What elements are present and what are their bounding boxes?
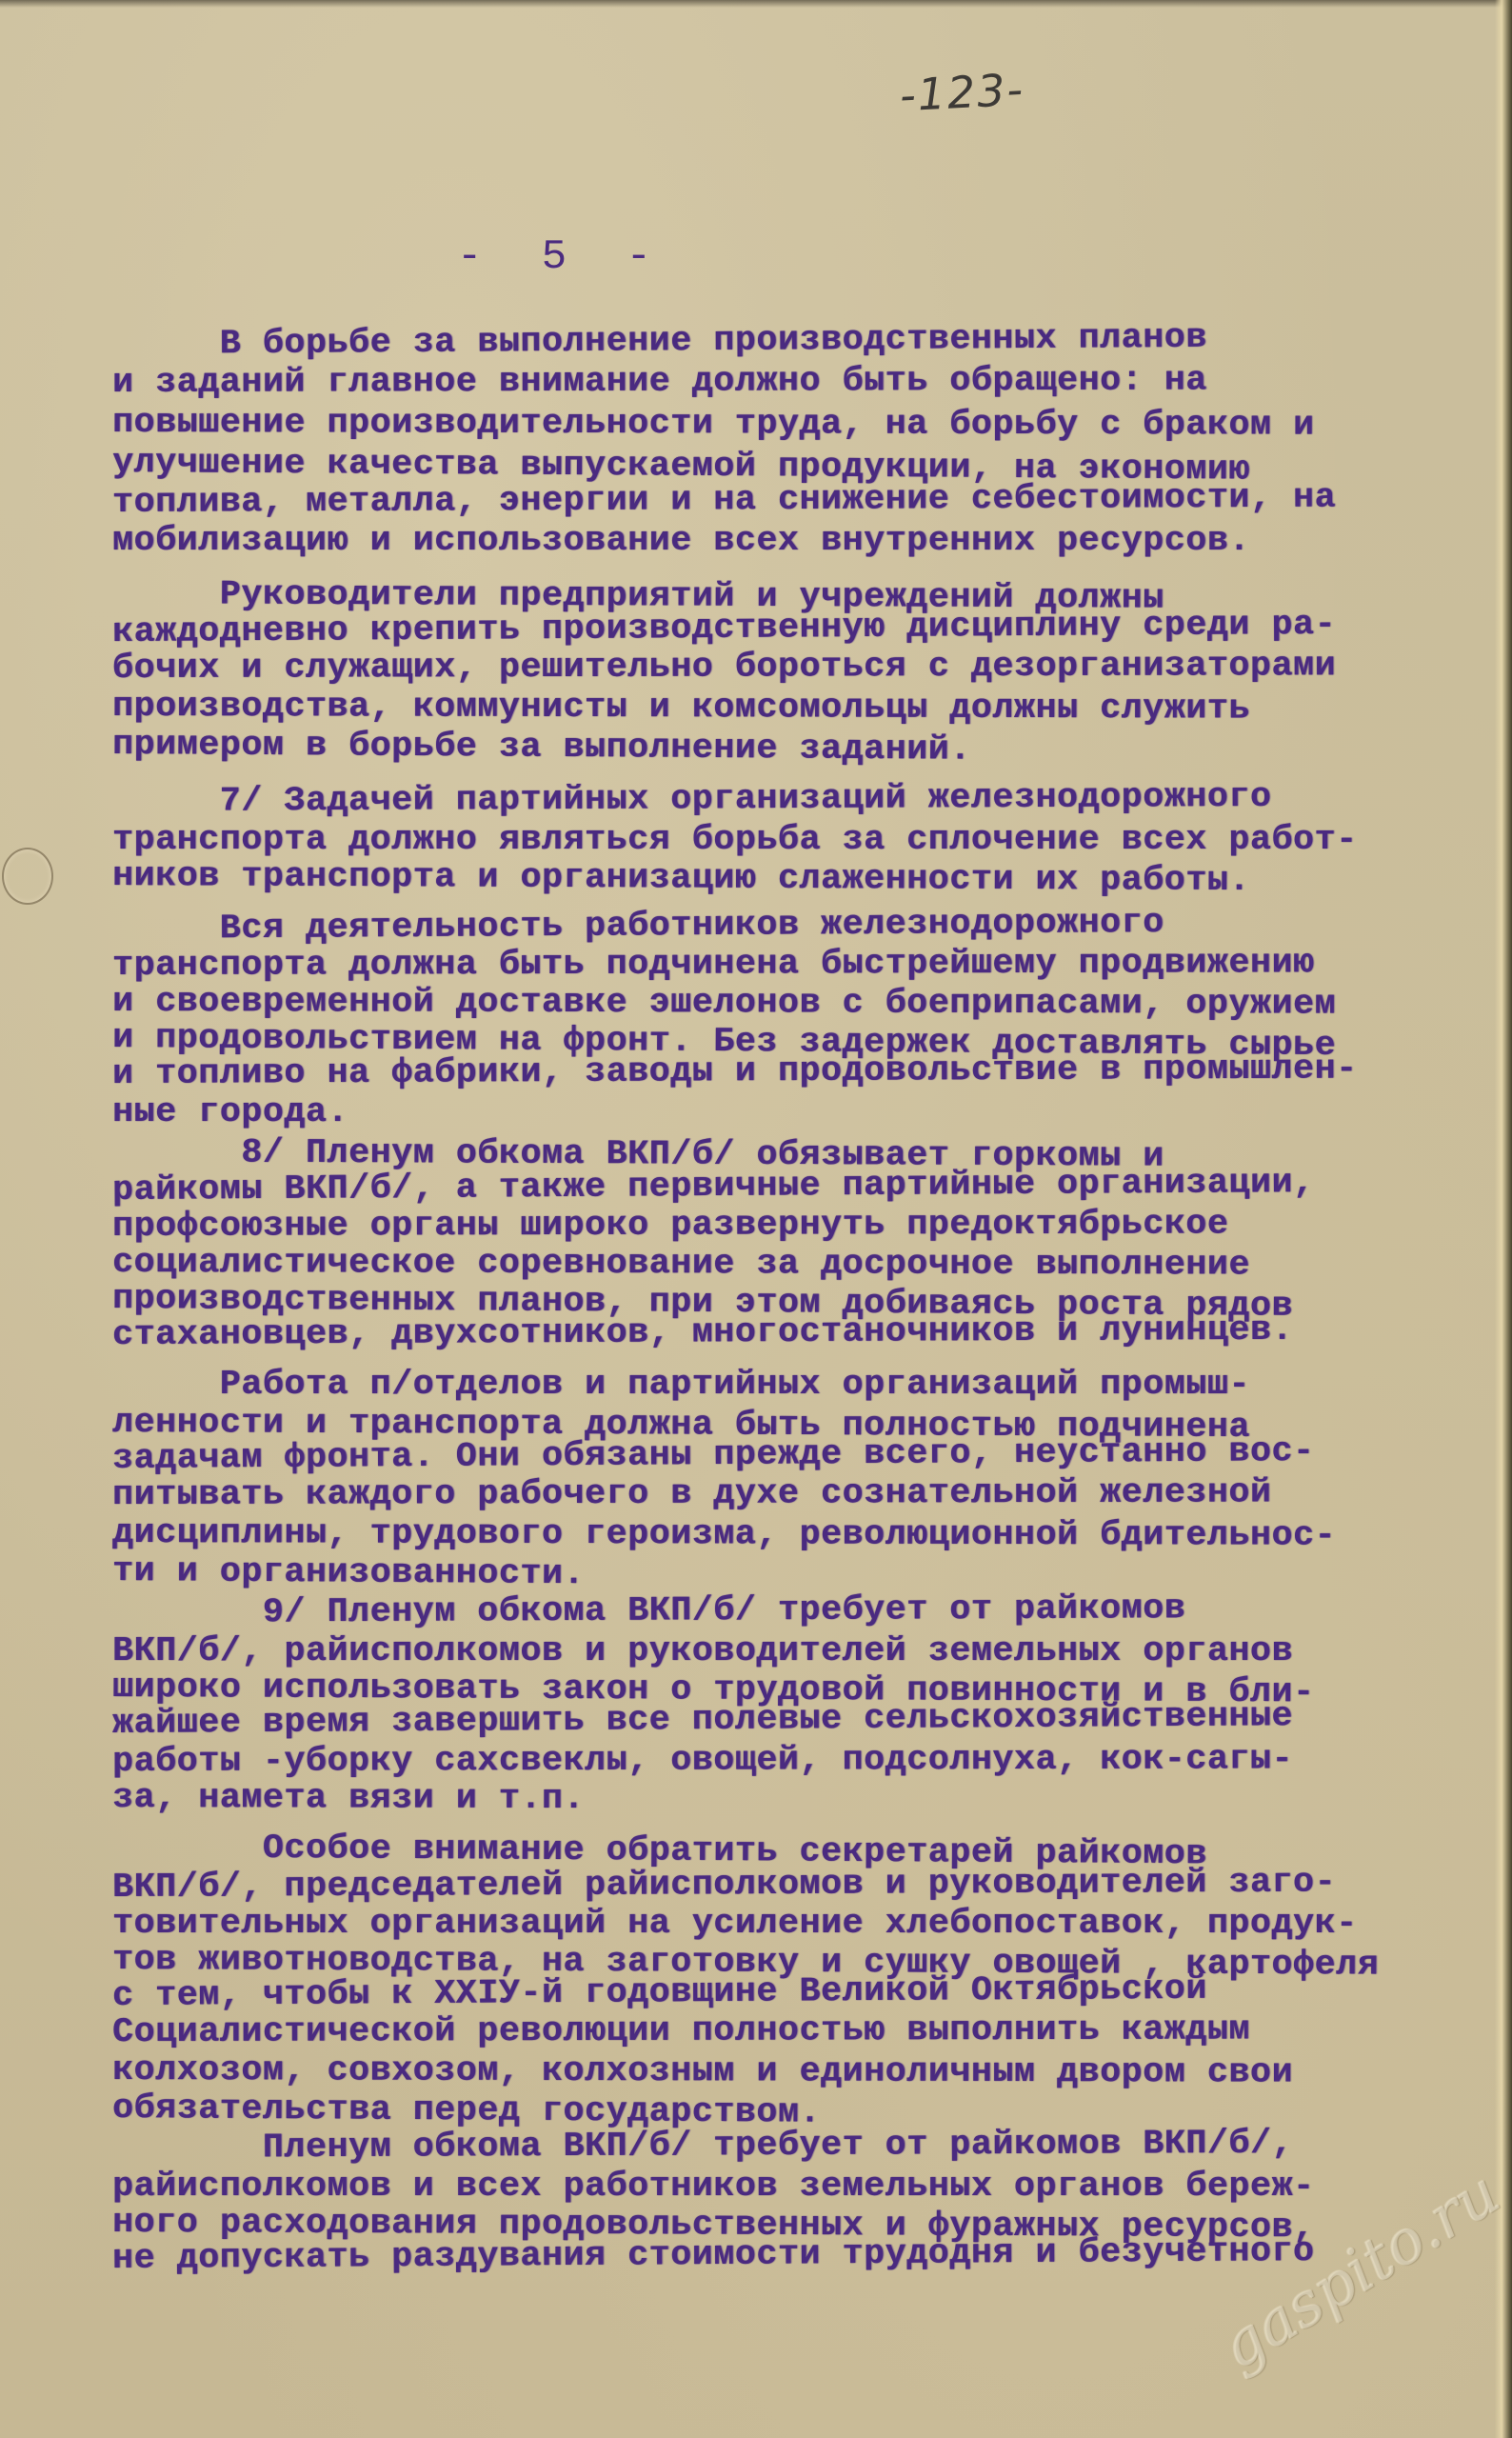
text-line: транспорта должно являться борьба за спл…	[112, 819, 1358, 861]
text-line: за, намета вязи и т.п.	[112, 1777, 585, 1820]
text-line: Работа п/отделов и партийных организаций…	[112, 1364, 1250, 1406]
text-line: ВКП/б/, райисполкомов и руководителей зе…	[112, 1630, 1293, 1672]
text-line: транспорта должна быть подчинена быстрей…	[112, 942, 1315, 987]
text-line: дисциплины, трудового героизма, революци…	[112, 1512, 1336, 1557]
page-right-edge	[1495, 0, 1512, 2438]
text-line: работы -уборку сахсвеклы, овощей, подсол…	[112, 1738, 1293, 1783]
text-line: производства, коммунисты и комсомольцы д…	[112, 686, 1250, 730]
text-line: бочих и служащих, решительно бороться с …	[112, 645, 1336, 689]
text-line: 7/ Задачей партийных организаций железно…	[112, 776, 1272, 823]
text-line: Пленум обкома ВКП/б/ требует от райкомов…	[112, 2123, 1293, 2169]
text-line: райисполкомов и всех работников земельны…	[112, 2166, 1315, 2208]
text-line: мобилизацию и использование всех внутрен…	[112, 520, 1250, 562]
text-line: товительных организаций на усиление хлеб…	[112, 1903, 1358, 1945]
text-line: профсоюзные органы широко развернуть пре…	[112, 1204, 1228, 1248]
text-line: Социалистической революции полностью вып…	[112, 2008, 1250, 2053]
text-line: стахановцев, двухсотников, многостаночни…	[112, 1309, 1293, 1356]
page-number: - 5 -	[457, 233, 668, 281]
text-line: не допускать раздувания стоимости трудод…	[112, 2230, 1315, 2280]
text-line: и заданий главное внимание должно быть о…	[112, 360, 1207, 404]
text-line: ВКП/б/, председателей райисполкомов и ру…	[112, 1862, 1336, 1908]
text-line: и топливо на фабрики, заводы и продоволь…	[112, 1049, 1358, 1095]
scanned-page: -123- - 5 - В борьбе за выполнение произ…	[0, 0, 1512, 2438]
text-line: топлива, металла, энергии и на снижение …	[112, 477, 1336, 524]
text-line: В борьбе за выполнение производственных …	[112, 317, 1207, 366]
top-edge-shadow	[0, 0, 1512, 8]
text-line: ти и организованности.	[112, 1550, 585, 1595]
text-line: повышение производительности труда, на б…	[112, 402, 1315, 447]
text-line: ников транспорта и организацию слаженнос…	[112, 855, 1250, 902]
text-line: примером в борьбе за выполнение заданий.	[112, 724, 971, 771]
archive-sheet-number: -123-	[899, 64, 1026, 122]
text-line: питывать каждого рабочего в духе сознате…	[112, 1471, 1272, 1516]
text-line: жайшее время завершить все полевые сельс…	[112, 1695, 1293, 1745]
text-line: колхозом, совхозом, колхозным и единолич…	[112, 2049, 1293, 2094]
text-line: 9/ Пленум обкома ВКП/б/ требует от райко…	[112, 1588, 1185, 1634]
punch-hole-mark	[2, 848, 53, 905]
text-line: ные города.	[112, 1091, 348, 1133]
